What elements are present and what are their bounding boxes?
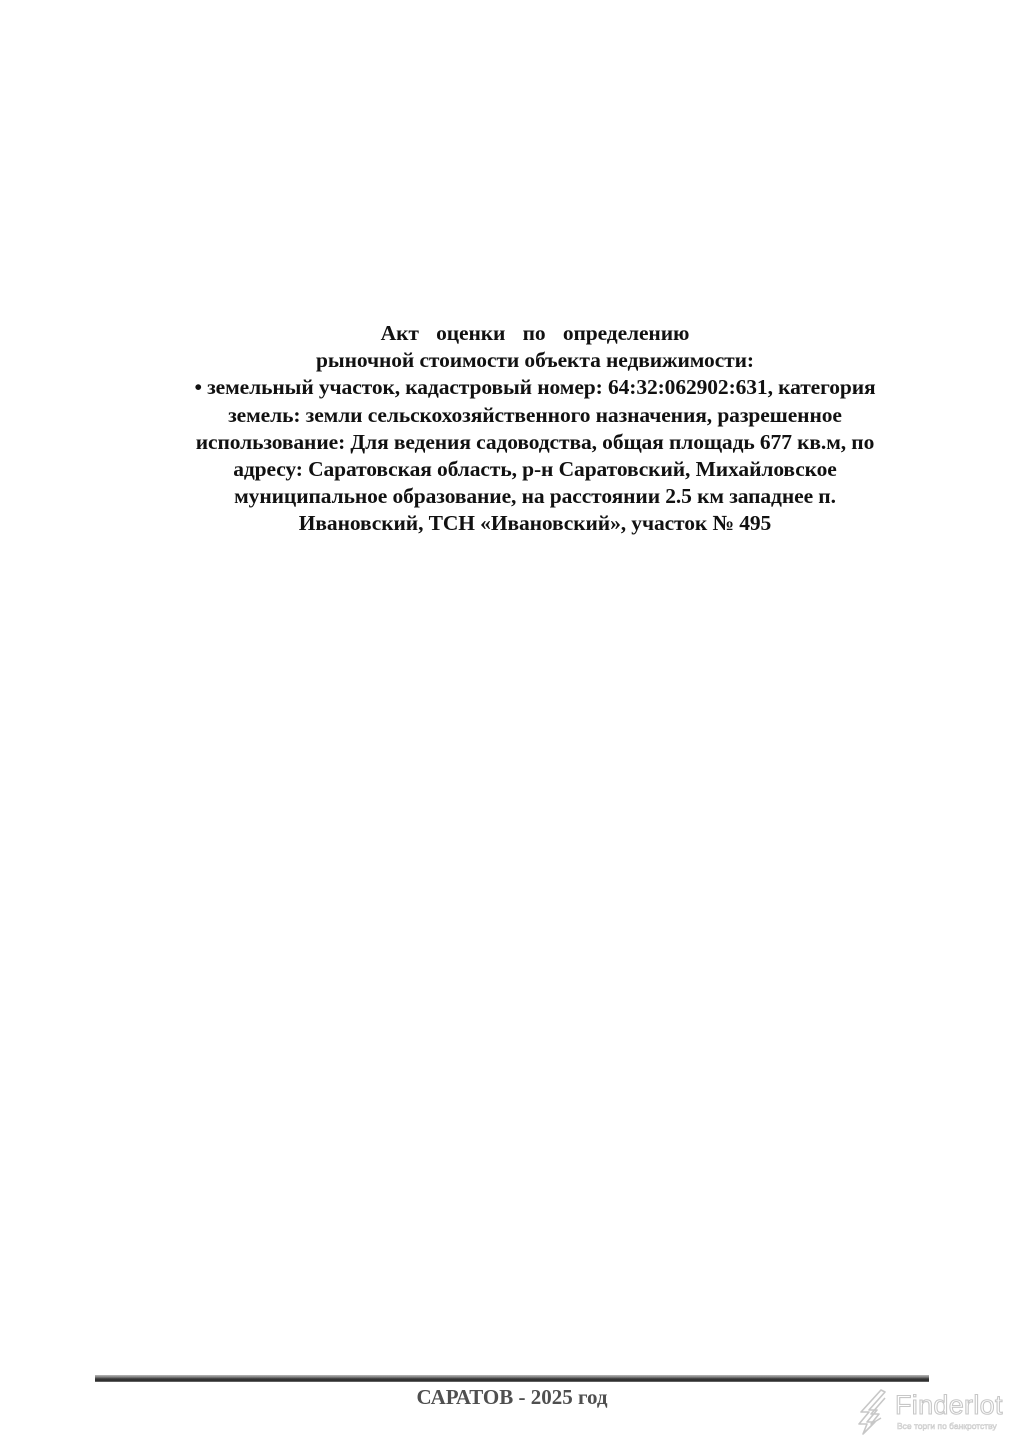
title-line-2: рыночной стоимости объекта недвижимости:: [130, 347, 940, 374]
watermark-tagline: Все торги по банкротству: [897, 1421, 997, 1431]
document-title-block: Акт оценки по определению рыночной стоим…: [130, 320, 940, 538]
title-line-7: муниципальное образование, на расстоянии…: [130, 483, 940, 510]
footer-divider: [95, 1375, 929, 1382]
title-line-4: земель: земли сельскохозяйственного назн…: [130, 402, 940, 429]
watermark-brand: Finderlot: [895, 1390, 1003, 1420]
title-line-8: Ивановский, ТСН «Ивановский», участок № …: [130, 510, 940, 537]
title-line-5: использование: Для ведения садоводства, …: [130, 429, 940, 456]
title-line-3: • земельный участок, кадастровый номер: …: [130, 374, 940, 401]
title-line-1: Акт оценки по определению: [130, 320, 940, 347]
document-page: Акт оценки по определению рыночной стоим…: [0, 0, 1024, 1448]
watermark: Finderlot Все торги по банкротству: [855, 1388, 1024, 1438]
finderlot-logo-icon: [855, 1388, 893, 1438]
title-line-6: адресу: Саратовская область, р-н Саратов…: [130, 456, 940, 483]
